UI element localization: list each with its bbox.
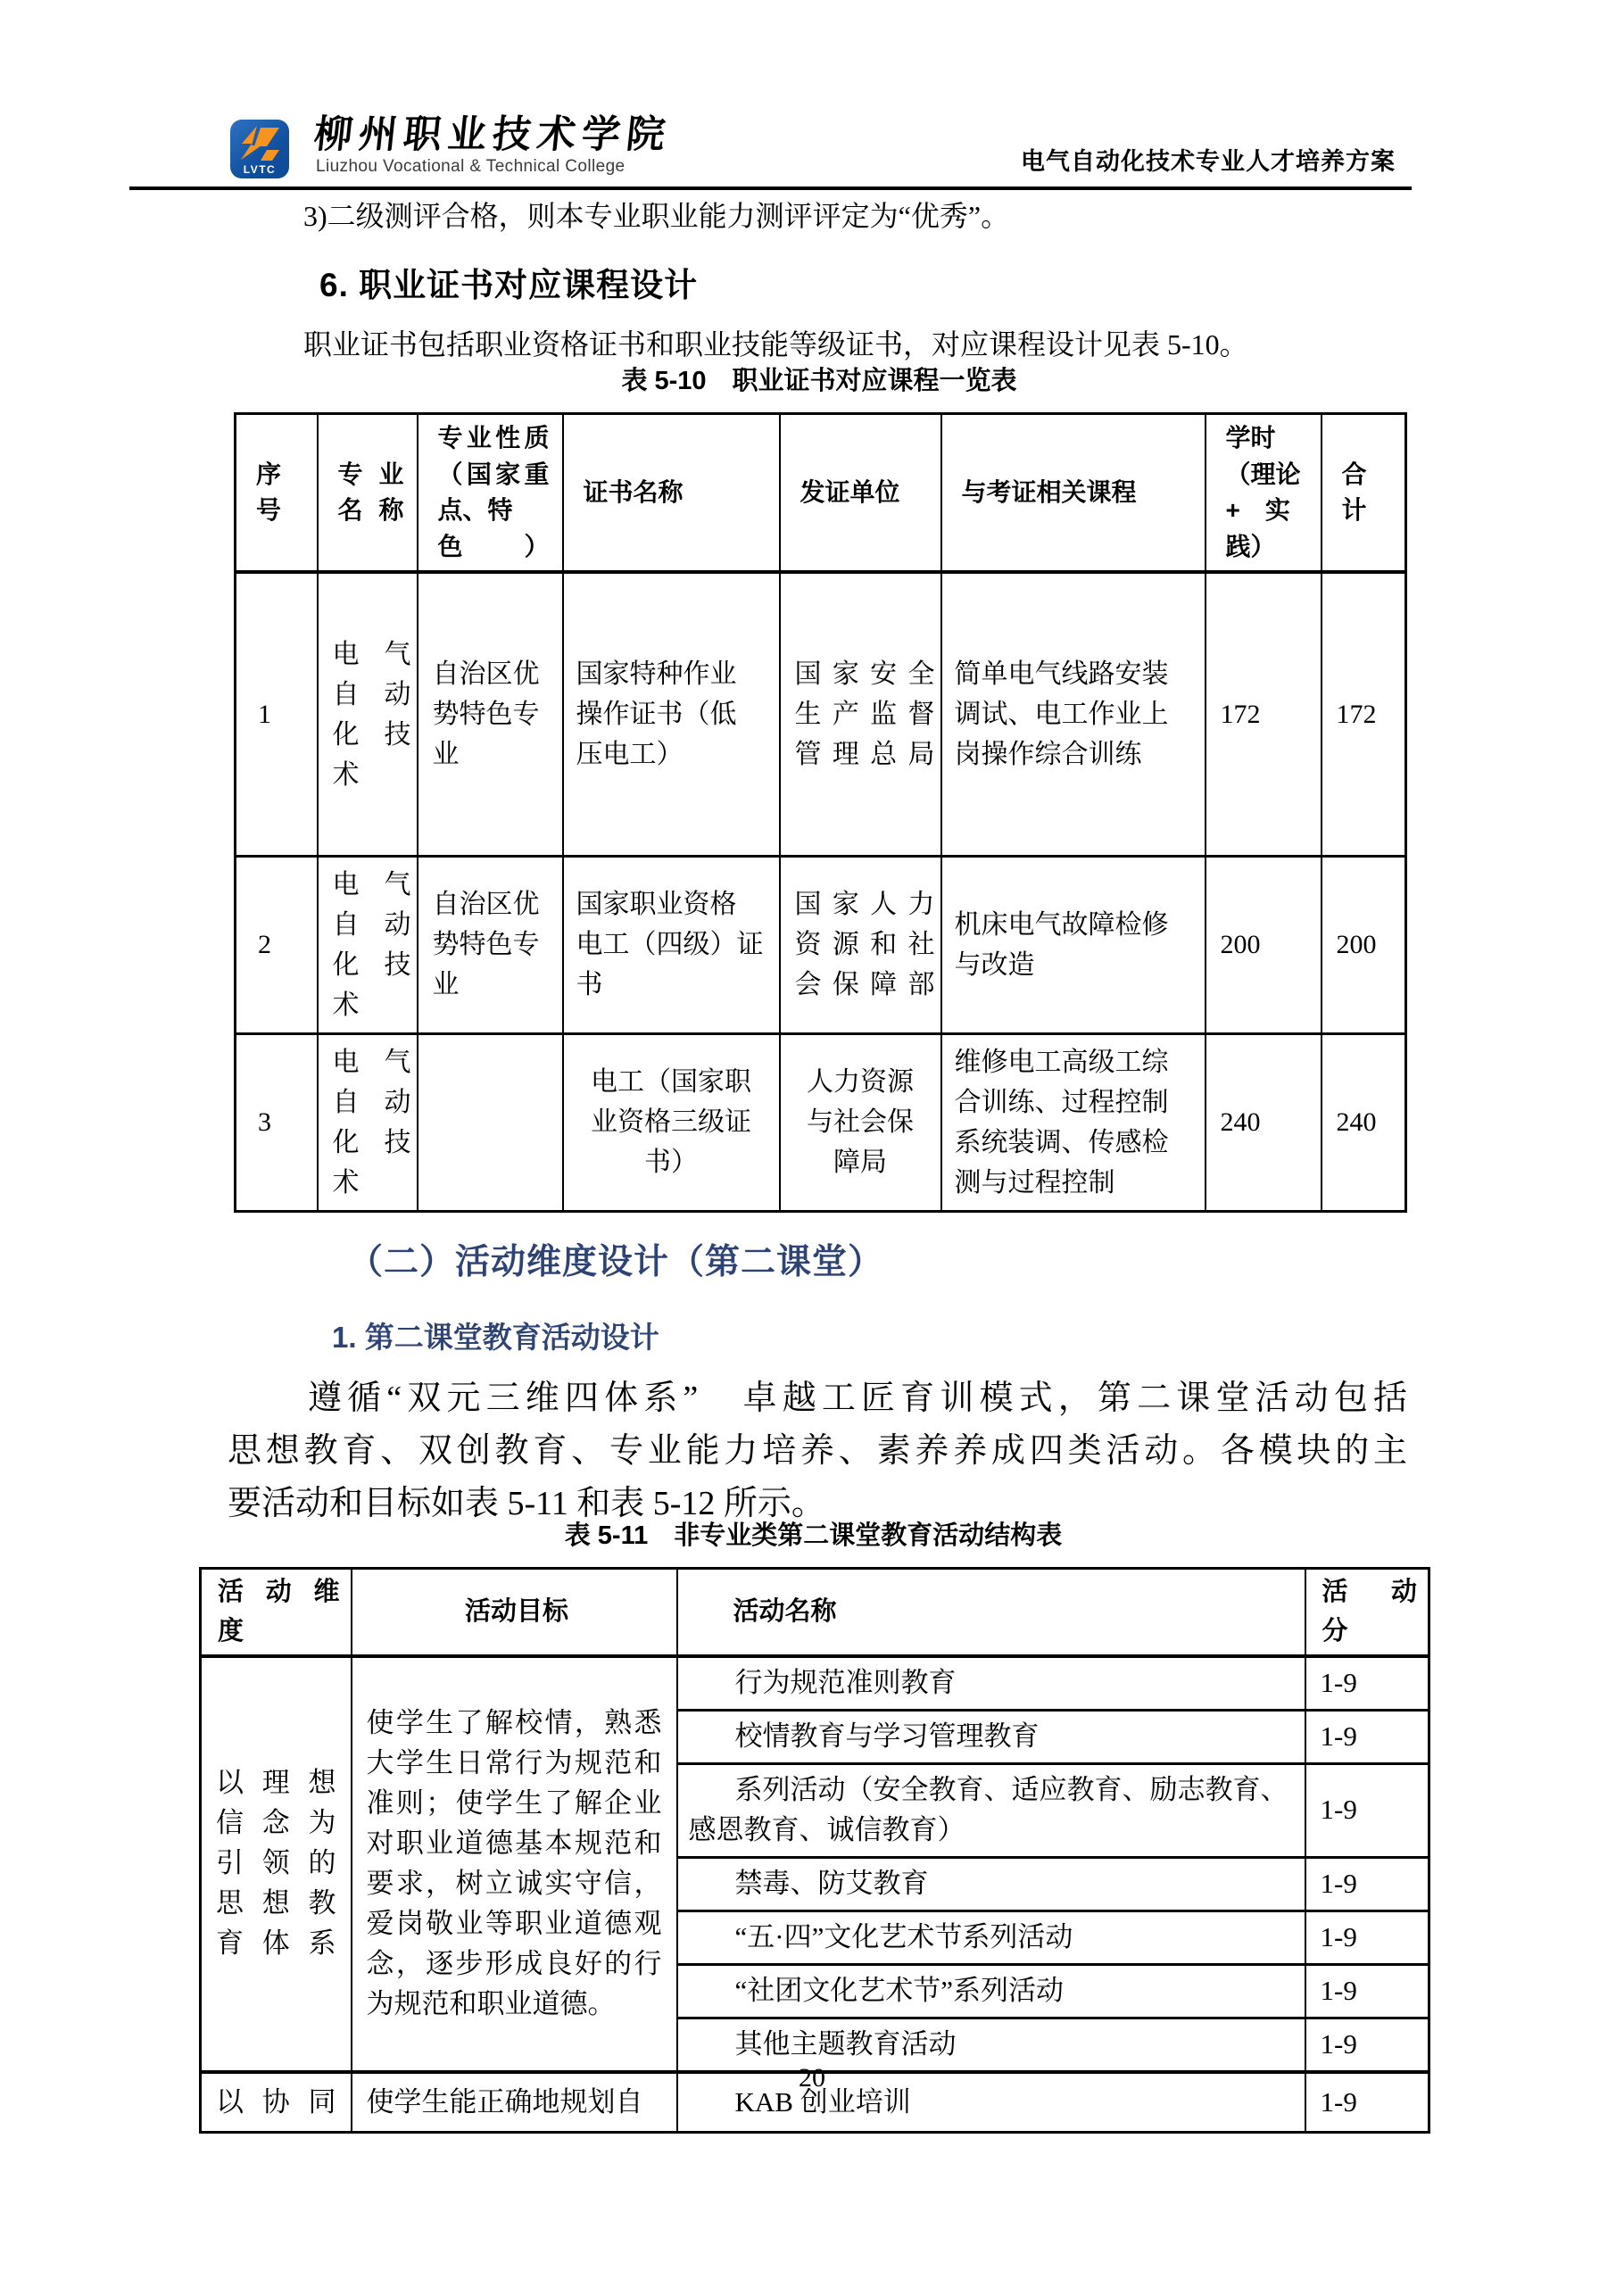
table-5-10-cell-r1c5: 国家安全 生产监督 管理总局	[780, 572, 941, 856]
table-5-11-body: 以理想 信念为 引领的 思想教 育体系使学生了解校情，熟悉大学生日常行为规范和准…	[201, 1656, 1429, 2133]
activity-name-cell: “五·四”文化艺术节系列活动	[677, 1911, 1305, 1964]
activity-score-cell: 1-9	[1305, 1763, 1429, 1857]
table-5-10-cell-r2c1: 2	[236, 856, 318, 1033]
table-5-10-header-cell: 专业 名称	[318, 414, 418, 573]
document-page: LVTC 柳州职业技术学院 Liuzhou Vocational & Techn…	[0, 0, 1624, 2296]
header-rule	[129, 186, 1412, 190]
table-row: 1电气 自动 化技 术自治区优 势特色专 业国家特种作业 操作证书（低 压电工）…	[236, 572, 1406, 856]
table-5-10-header-cell: 合 计	[1322, 414, 1406, 573]
table-5-10-cell-r2c6: 机床电气故障检修 与改造	[941, 856, 1206, 1033]
objective-cell: 使学生了解校情，熟悉大学生日常行为规范和准则；使学生了解企业对职业道德基本规范和…	[352, 1656, 677, 2072]
section-2-paragraph: 遵循“双元三维四体系” 卓越工匠育训模式，第二课堂活动包括 思想教育、双创教育、…	[228, 1372, 1407, 1530]
table-5-10-head: 序 号专业 名称专业性质 （国家重 点、特色）证书名称发证单位与考证相关课程学时…	[236, 414, 1406, 573]
document-title: 电气自动化技术专业人才培养方案	[1021, 150, 1396, 174]
table-5-10-cell-r3c2: 电气 自动 化技 术	[318, 1033, 418, 1211]
table-5-10-cell-r3c6: 维修电工高级工综 合训练、过程控制 系统装调、传感检 测与过程控制	[941, 1033, 1206, 1211]
section-2-heading: （二）活动维度设计（第二课堂）	[348, 1242, 883, 1284]
activity-score-cell: 1-9	[1305, 1656, 1429, 1710]
table-5-10-header-cell: 发证单位	[780, 414, 941, 573]
activity-name-cell: 校情教育与学习管理教育	[677, 1710, 1305, 1763]
table-5-10-cell-r2c4: 国家职业资格 电工（四级）证 书	[563, 856, 780, 1033]
table-5-11-header-cell: 活动 分	[1305, 1569, 1429, 1657]
table-5-10-cell-r1c7: 172	[1206, 572, 1322, 856]
activity-score-cell: 1-9	[1305, 1911, 1429, 1964]
table-5-10-header-cell: 学时 （理论 + 实 践）	[1206, 414, 1322, 573]
activity-score-cell: 1-9	[1305, 1857, 1429, 1911]
table-5-10-header-cell: 与考证相关课程	[941, 414, 1206, 573]
intro-line: 3)二级测评合格，则本专业职业能力测评评定为“优秀”。	[303, 198, 1009, 236]
activity-score-cell: 1-9	[1305, 1710, 1429, 1763]
paragraph-line: 遵循“双元三维四体系” 卓越工匠育训模式，第二课堂活动包括	[228, 1372, 1407, 1425]
table-5-10-cell-r2c3: 自治区优 势特色专 业	[418, 856, 563, 1033]
activity-name-cell: “社团文化艺术节”系列活动	[677, 1964, 1305, 2018]
section-6-heading: 6. 职业证书对应课程设计	[319, 266, 698, 305]
activity-name-cell: 禁毒、防艾教育	[677, 1857, 1305, 1911]
table-5-11-caption: 表 5-11 非专业类第二课堂教育活动结构表	[199, 1521, 1428, 1552]
school-name-english: Liuzhou Vocational & Technical College	[316, 158, 626, 175]
table-5-10-cell-r2c5: 国家人力 资源和社 会保障部	[780, 856, 941, 1033]
table-5-10-body: 1电气 自动 化技 术自治区优 势特色专 业国家特种作业 操作证书（低 压电工）…	[236, 572, 1406, 1211]
table-5-10-caption: 表 5-10 职业证书对应课程一览表	[234, 366, 1404, 397]
paragraph-line: 思想教育、双创教育、专业能力培养、素养养成四类活动。各模块的主	[228, 1425, 1407, 1478]
school-name-chinese: 柳州职业技术学院	[312, 114, 674, 156]
table-5-10-cell-r3c8: 240	[1322, 1033, 1406, 1211]
activity-name-cell: 行为规范准则教育	[677, 1656, 1305, 1710]
activity-score-cell: 1-9	[1305, 1964, 1429, 2018]
table-5-10-header-cell: 序 号	[236, 414, 318, 573]
table-5-10: 序 号专业 名称专业性质 （国家重 点、特色）证书名称发证单位与考证相关课程学时…	[234, 412, 1407, 1213]
table-5-10-cell-r3c3	[418, 1033, 563, 1211]
table-5-10-cell-r1c1: 1	[236, 572, 318, 856]
table-5-10-cell-r2c8: 200	[1322, 856, 1406, 1033]
table-5-10-cell-r3c1: 3	[236, 1033, 318, 1211]
table-5-10-cell-r3c4: 电工（国家职 业资格三级证 书）	[563, 1033, 780, 1211]
section-2-subheading: 1. 第二课堂教育活动设计	[332, 1320, 659, 1355]
table-row: 3电气 自动 化技 术电工（国家职 业资格三级证 书）人力资源 与社会保 障局维…	[236, 1033, 1406, 1211]
table-5-10-cell-r2c7: 200	[1206, 856, 1322, 1033]
school-logo: LVTC	[230, 120, 289, 178]
table-5-11-header-cell: 活动名称	[677, 1569, 1305, 1657]
page-number: 20	[0, 2063, 1624, 2093]
table-5-10-cell-r2c2: 电气 自动 化技 术	[318, 856, 418, 1033]
table-5-11-header-cell: 活动维 度	[201, 1569, 352, 1657]
dimension-cell: 以理想 信念为 引领的 思想教 育体系	[201, 1656, 352, 2072]
table-5-11: 活动维 度活动目标活动名称活动 分 以理想 信念为 引领的 思想教 育体系使学生…	[199, 1567, 1430, 2134]
table-5-10-cell-r1c2: 电气 自动 化技 术	[318, 572, 418, 856]
table-row: 以理想 信念为 引领的 思想教 育体系使学生了解校情，熟悉大学生日常行为规范和准…	[201, 1656, 1429, 1710]
section-6-paragraph: 职业证书包括职业资格证书和职业技能等级证书，对应课程设计见表 5-10。	[303, 327, 1248, 364]
activity-name-cell: 系列活动（安全教育、适应教育、励志教育、 感恩教育、诚信教育）	[677, 1763, 1305, 1857]
table-5-10-cell-r3c7: 240	[1206, 1033, 1322, 1211]
table-5-10-header-cell: 专业性质 （国家重 点、特色）	[418, 414, 563, 573]
table-5-11-header-cell: 活动目标	[352, 1569, 677, 1657]
table-5-10-cell-r1c6: 简单电气线路安装 调试、电工作业上 岗操作综合训练	[941, 572, 1206, 856]
logo-abbr-text: LVTC	[230, 164, 289, 175]
table-row: 2电气 自动 化技 术自治区优 势特色专 业国家职业资格 电工（四级）证 书国家…	[236, 856, 1406, 1033]
table-5-11-head: 活动维 度活动目标活动名称活动 分	[201, 1569, 1429, 1657]
table-5-10-cell-r1c4: 国家特种作业 操作证书（低 压电工）	[563, 572, 780, 856]
table-5-10-cell-r1c3: 自治区优 势特色专 业	[418, 572, 563, 856]
table-5-10-cell-r1c8: 172	[1322, 572, 1406, 856]
table-5-10-header-cell: 证书名称	[563, 414, 780, 573]
table-5-10-cell-r3c5: 人力资源 与社会保 障局	[780, 1033, 941, 1211]
